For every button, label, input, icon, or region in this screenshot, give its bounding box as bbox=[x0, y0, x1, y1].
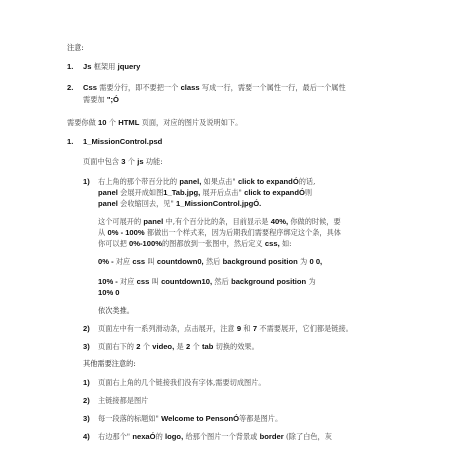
text: (除了白色，灰 bbox=[284, 432, 332, 441]
example-10-percent: 10% - 对应 css 叫 countdown10, 然后 backgroun… bbox=[98, 276, 316, 287]
bold-text: Css bbox=[83, 83, 97, 92]
bold-text: 0 0, bbox=[309, 257, 322, 266]
text: 叫 bbox=[149, 277, 161, 286]
bold-text: class bbox=[181, 83, 200, 92]
other-item-1: 1)页面右上角的几个链接我们没有字体,需要切成图片。 bbox=[83, 377, 266, 388]
notice-heading: 注意: bbox=[67, 42, 84, 53]
note-2-cont: 需要加 ";Ó bbox=[83, 94, 119, 105]
bold-text: ";Ó bbox=[107, 95, 119, 104]
text: 的 bbox=[156, 432, 165, 441]
bold-text: panel bbox=[98, 188, 118, 197]
item-1-line-2: panel 会展开成如图1_Tab.jpg, 展开后点击" click to e… bbox=[98, 187, 312, 198]
bold-text: logo, bbox=[165, 432, 183, 441]
text: 写成一行，需要一个属性一行，最后一个属性 bbox=[200, 83, 346, 92]
bold-text: video, bbox=[152, 342, 174, 351]
text: 切换的效果。 bbox=[213, 342, 258, 351]
example-10-percent-cont: 10% 0 bbox=[98, 287, 120, 298]
text: 然后 bbox=[212, 277, 231, 286]
etc-text: 依次类推。 bbox=[98, 305, 134, 316]
text: 不需要展开，它们都是链接。 bbox=[257, 324, 353, 333]
text: 是 bbox=[174, 342, 186, 351]
item-1-detail-1: 这个可展开的 panel 中,有个百分比的条，目前显示是 40%, 你做的时候，… bbox=[98, 216, 341, 227]
bold-text: 1_MissionControl.jpgÓ. bbox=[176, 199, 261, 208]
text: 需要分行，即不要把一个 bbox=[97, 83, 181, 92]
text: 个 bbox=[140, 342, 152, 351]
text: 如果点击" bbox=[201, 177, 238, 186]
text: 和 bbox=[241, 324, 253, 333]
other-item-2: 2)主链接都是图片 bbox=[83, 395, 148, 406]
text: 叫 bbox=[145, 257, 157, 266]
text: 都做出一个样式来，因为后期我们需要程序绑定这个条，具体 bbox=[145, 228, 341, 237]
text: 为 bbox=[298, 257, 310, 266]
bold-text: 1_Tab.jpg, bbox=[163, 188, 200, 197]
bold-text: 10% 0 bbox=[98, 288, 120, 297]
bold-text: 10% - bbox=[98, 277, 120, 286]
text: 如: bbox=[280, 239, 292, 248]
bold-text: background position bbox=[223, 257, 298, 266]
text: 对应 bbox=[116, 257, 133, 266]
section-title: 1.1_MissionControl.psd bbox=[67, 136, 162, 147]
bold-text: 0% - 100% bbox=[107, 228, 144, 237]
bold-text: click to expandÓ bbox=[238, 177, 299, 186]
note-1: 1.Js 框架用 jquery bbox=[67, 61, 140, 72]
text: 页面左中有一系列滑动条，点击展开，注意 bbox=[98, 324, 237, 333]
text: 等都是图片。 bbox=[239, 414, 282, 423]
text: 然后 bbox=[204, 257, 223, 266]
text: 这个可展开的 bbox=[98, 217, 143, 226]
bold-text: panel bbox=[98, 199, 118, 208]
text: 展开后点击" bbox=[200, 188, 244, 197]
other-item-3: 3)每一段落的标题如" Welcome to PensonÓ等都是图片。 bbox=[83, 413, 282, 424]
text: 功能: bbox=[144, 157, 163, 166]
bold-text: tab bbox=[202, 342, 213, 351]
bold-text: countdown10, bbox=[161, 277, 212, 286]
text: 需要你做 bbox=[67, 118, 98, 127]
other-item-4: 4)右边那个" nexaÓ的 logo, 给那个图片一个背景或 border (… bbox=[83, 431, 332, 442]
item-2: 2)页面左中有一系列滑动条，点击展开，注意 9 和 7 不需要展开，它们都是链接… bbox=[83, 323, 353, 334]
bold-text: background position bbox=[231, 277, 306, 286]
text: 个 bbox=[107, 118, 119, 127]
bold-text: panel, bbox=[179, 177, 201, 186]
text: 给那个图片一个背景或 bbox=[183, 432, 259, 441]
bold-text: css, bbox=[265, 239, 280, 248]
bold-text: css bbox=[137, 277, 150, 286]
text: 会收缩回去，见" bbox=[118, 199, 176, 208]
bold-text: 40%, bbox=[271, 217, 288, 226]
text: 框架用 bbox=[91, 62, 117, 71]
section-summary: 页面中包含 3 个 js 功能: bbox=[83, 156, 163, 167]
text: 每一段落的标题如" bbox=[98, 414, 161, 423]
other-heading: 其他需要注意的: bbox=[83, 358, 136, 369]
text: 会展开成如图 bbox=[118, 188, 163, 197]
text: 右上角的那个带百分比的 bbox=[98, 177, 179, 186]
bold-text: click to expandÓ bbox=[244, 188, 305, 197]
bold-text: jquery bbox=[118, 62, 141, 71]
note-2: 2.Css 需要分行，即不要把一个 class 写成一行，需要一个属性一行，最后… bbox=[67, 82, 346, 93]
bold-text: nexaÓ bbox=[132, 432, 155, 441]
item-1-line-1: 1)右上角的那个带百分比的 panel, 如果点击" click to expa… bbox=[83, 176, 315, 187]
text: 右边那个" bbox=[98, 432, 132, 441]
item-3: 3)页面右下的 2 个 video, 是 2 个 tab 切换的效果。 bbox=[83, 341, 259, 352]
bold-text: 10 bbox=[98, 118, 106, 127]
text: 的图都放到一张图中，然后定义 bbox=[162, 239, 265, 248]
text: 你做的时候，要 bbox=[288, 217, 341, 226]
item-1-detail-2: 从 0% - 100% 都做出一个样式来，因为后期我们需要程序绑定这个条，具体 bbox=[98, 227, 341, 238]
item-1-line-3: panel 会收缩回去，见" 1_MissionControl.jpgÓ. bbox=[98, 198, 261, 209]
bold-text: css bbox=[132, 257, 145, 266]
bold-text: Welcome to PensonÓ bbox=[161, 414, 239, 423]
text: 个 bbox=[125, 157, 137, 166]
bold-text: HTML bbox=[118, 118, 139, 127]
text: 中,有个百分比的条，目前显示是 bbox=[163, 217, 270, 226]
example-0-percent: 0% - 对应 css 叫 countdown0, 然后 background … bbox=[98, 256, 322, 267]
text: 主链接都是图片 bbox=[98, 396, 148, 405]
text: 你可以把 bbox=[98, 239, 129, 248]
bold-text: border bbox=[260, 432, 284, 441]
bold-text: countdown0, bbox=[157, 257, 204, 266]
text: 需要加 bbox=[83, 95, 107, 104]
text: 为 bbox=[306, 277, 315, 286]
text: 则 bbox=[305, 188, 312, 197]
bold-text: panel bbox=[143, 217, 163, 226]
intro-line: 需要你做 10 个 HTML 页面，对应的图片及说明如下。 bbox=[67, 117, 242, 128]
text: 页面右上角的几个链接我们没有字体,需要切成图片。 bbox=[98, 378, 266, 387]
text: 个 bbox=[190, 342, 202, 351]
text: 页面右下的 bbox=[98, 342, 136, 351]
text: 页面，对应的图片及说明如下。 bbox=[139, 118, 242, 127]
text: 的话, bbox=[299, 177, 316, 186]
item-1-detail-3: 你可以把 0%-100%的图都放到一张图中，然后定义 css, 如: bbox=[98, 238, 292, 249]
bold-text: 0%-100% bbox=[129, 239, 162, 248]
text: 对应 bbox=[120, 277, 137, 286]
bold-text: 0% - bbox=[98, 257, 116, 266]
text: 页面中包含 bbox=[83, 157, 121, 166]
